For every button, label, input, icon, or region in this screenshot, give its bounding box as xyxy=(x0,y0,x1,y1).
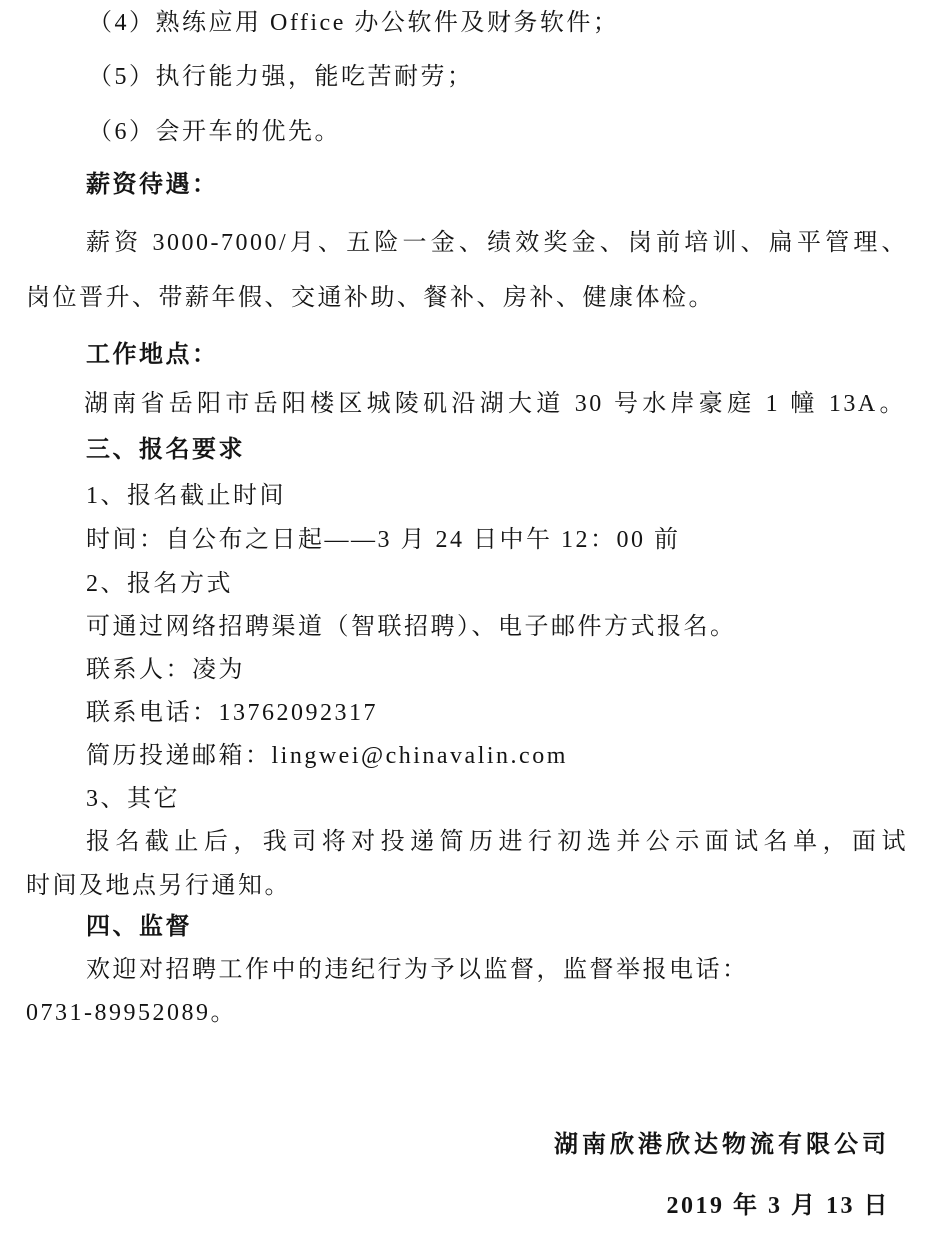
location-heading: 工作地点： xyxy=(86,340,219,370)
requirement-item-6: （6）会开车的优先。 xyxy=(88,117,341,147)
supervision-section-heading: 四、监督 xyxy=(86,912,192,942)
salary-text-line-1: 薪资 3000-7000/月、五险一金、绩效奖金、岗前培训、扁平管理、 xyxy=(86,228,908,258)
deadline-label: 1、报名截止时间 xyxy=(86,481,286,511)
contact-phone: 联系电话：13762092317 xyxy=(86,698,378,728)
company-signature: 湖南欣港欣达物流有限公司 xyxy=(554,1130,890,1160)
document-page: （4）熟练应用 Office 办公软件及财务软件； （5）执行能力强，能吃苦耐劳… xyxy=(0,0,936,1250)
contact-person: 联系人：凌为 xyxy=(86,655,245,685)
registration-section-heading: 三、报名要求 xyxy=(86,435,245,465)
supervision-text: 欢迎对招聘工作中的违纪行为予以监督，监督举报电话： xyxy=(86,955,749,985)
resume-email: 简历投递邮箱：lingwei@chinavalin.com xyxy=(86,741,568,771)
signature-date: 2019 年 3 月 13 日 xyxy=(667,1191,891,1221)
other-text-line-2: 时间及地点另行通知。 xyxy=(26,871,291,901)
salary-heading: 薪资待遇： xyxy=(86,170,219,200)
requirement-item-5: （5）执行能力强，能吃苦耐劳； xyxy=(88,62,474,92)
requirement-item-4: （4）熟练应用 Office 办公软件及财务软件； xyxy=(88,8,619,38)
method-text: 可通过网络招聘渠道（智联招聘）、电子邮件方式报名。 xyxy=(86,612,737,642)
other-label: 3、其它 xyxy=(86,784,180,814)
other-text-line-1: 报名截止后，我司将对投递简历进行初选并公示面试名单，面试 xyxy=(86,827,908,857)
supervision-phone: 0731-89952089。 xyxy=(26,998,237,1028)
salary-text-line-2: 岗位晋升、带薪年假、交通补助、餐补、房补、健康体检。 xyxy=(26,283,715,313)
deadline-time: 时间：自公布之日起——3 月 24 日中午 12：00 前 xyxy=(86,525,681,555)
method-label: 2、报名方式 xyxy=(86,569,233,599)
location-text: 湖南省岳阳市岳阳楼区城陵矶沿湖大道 30 号水岸豪庭 1 幢 13A。 xyxy=(84,389,906,419)
